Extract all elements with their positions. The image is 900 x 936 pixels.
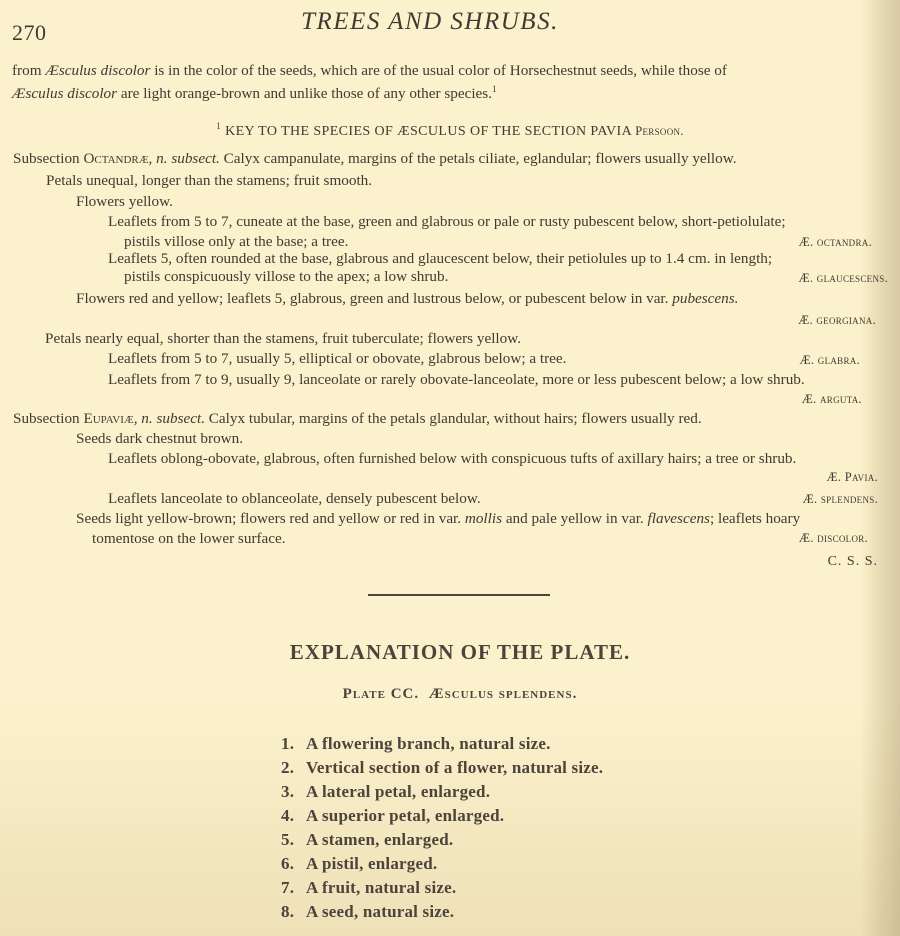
figure-item: 3.A lateral petal, enlarged. <box>281 782 490 802</box>
figure-number: 6. <box>281 854 306 874</box>
intro-text: is in the color of the seeds, which are … <box>150 62 727 79</box>
variety-name: mollis <box>465 510 502 527</box>
species-pavia: Æ. Pavia. <box>827 470 878 485</box>
key-line-splendens: Leaflets lanceolate to oblanceolate, den… <box>108 490 481 508</box>
subsection-name: Eupaviæ <box>83 410 133 427</box>
variety-name: pubescens. <box>672 290 738 307</box>
key-line-glabra: Leaflets from 5 to 7, usually 5, ellipti… <box>108 350 566 368</box>
species-name: Æsculus discolor <box>12 85 117 102</box>
figure-number: 2. <box>281 758 306 778</box>
key-text: Subsection <box>13 410 83 427</box>
species-glaucescens: Æ. glaucescens. <box>799 271 889 286</box>
key-line-glaucescens-1: Leaflets 5, often rounded at the base, g… <box>108 250 772 268</box>
figure-caption: A superior petal, enlarged. <box>306 806 504 825</box>
species-arguta: Æ. arguta. <box>802 392 862 407</box>
key-line-discolor-1: Seeds light yellow-brown; flowers red an… <box>76 510 800 528</box>
figure-item: 7.A fruit, natural size. <box>281 878 456 898</box>
key-line-subsection-octandrae: Subsection Octandræ, n. subsect. Calyx c… <box>13 150 737 168</box>
key-line-octandra-2: pistils villose only at the base; a tree… <box>124 233 348 251</box>
key-line-pavia-1: Leaflets oblong-obovate, glabrous, often… <box>108 450 796 468</box>
key-line-petals-unequal: Petals unequal, longer than the stamens;… <box>46 172 372 190</box>
figure-item: 8.A seed, natural size. <box>281 902 454 922</box>
intro-text: are light orange-brown and unlike those … <box>117 85 492 102</box>
figure-caption: A fruit, natural size. <box>306 878 456 897</box>
key-italic: , n. subsect. <box>134 410 205 427</box>
variety-name: flavescens <box>648 510 710 527</box>
key-title-text: KEY TO THE SPECIES OF ÆSCULUS OF THE SEC… <box>221 124 635 139</box>
figure-caption: A flowering branch, natural size. <box>306 734 551 753</box>
figure-number: 1. <box>281 734 306 754</box>
figure-caption: Vertical section of a flower, natural si… <box>306 758 603 777</box>
figure-caption: A stamen, enlarged. <box>306 830 453 849</box>
plate-title: Plate CC. Æsculus splendens. <box>0 686 900 703</box>
key-text: ; leaflets hoary <box>710 510 800 527</box>
explanation-title: EXPLANATION OF THE PLATE. <box>0 640 900 665</box>
key-italic: , n. subsect. <box>149 150 220 167</box>
key-line-subsection-eupaviae: Subsection Eupaviæ, n. subsect. Calyx tu… <box>13 410 702 428</box>
key-line-arguta-1: Leaflets from 7 to 9, usually 9, lanceol… <box>108 371 805 389</box>
intro-line-2: Æsculus discolor are light orange-brown … <box>12 84 497 103</box>
figure-item: 4.A superior petal, enlarged. <box>281 806 504 826</box>
figure-item: 1.A flowering branch, natural size. <box>281 734 551 754</box>
subsection-name: Octandræ <box>83 150 148 167</box>
figure-item: 5.A stamen, enlarged. <box>281 830 453 850</box>
plate-species: Æsculus splendens. <box>429 686 578 702</box>
key-line-discolor-2: tomentose on the lower surface. <box>92 530 286 548</box>
species-octandra: Æ. octandra. <box>799 235 872 250</box>
figure-number: 4. <box>281 806 306 826</box>
key-line-flowers-yellow: Flowers yellow. <box>76 193 173 211</box>
species-splendens: Æ. splendens. <box>803 492 878 507</box>
species-georgiana: Æ. georgiana. <box>798 313 876 328</box>
intro-text: from <box>12 62 45 79</box>
key-title: 1 KEY TO THE SPECIES OF ÆSCULUS OF THE S… <box>0 121 900 140</box>
key-line-seeds-dark: Seeds dark chestnut brown. <box>76 430 243 448</box>
key-line-petals-equal: Petals nearly equal, shorter than the st… <box>45 330 521 348</box>
book-page: 270 TREES AND SHRUBS. from Æsculus disco… <box>0 0 900 936</box>
species-glabra: Æ. glabra. <box>800 353 861 368</box>
figure-item: 2.Vertical section of a flower, natural … <box>281 758 603 778</box>
key-text: Seeds light yellow-brown; flowers red an… <box>76 510 465 527</box>
key-text: Calyx tubular, margins of the petals gla… <box>205 410 702 427</box>
key-text: and pale yellow in var. <box>502 510 648 527</box>
species-name: Æsculus discolor <box>45 62 150 79</box>
key-line-georgiana-1: Flowers red and yellow; leaflets 5, glab… <box>76 290 738 308</box>
key-line-octandra-1: Leaflets from 5 to 7, cuneate at the bas… <box>108 213 786 231</box>
plate-label: Plate CC. <box>343 686 419 702</box>
figure-caption: A lateral petal, enlarged. <box>306 782 490 801</box>
figure-number: 8. <box>281 902 306 922</box>
author-signature: C. S. S. <box>828 554 878 570</box>
running-title: TREES AND SHRUBS. <box>0 8 860 36</box>
footnote-mark: 1 <box>492 84 497 94</box>
figure-number: 7. <box>281 878 306 898</box>
figure-caption: A seed, natural size. <box>306 902 454 921</box>
key-text: Calyx campanulate, margins of the petals… <box>220 150 737 167</box>
key-title-author: Persoon. <box>635 124 683 138</box>
figure-number: 5. <box>281 830 306 850</box>
figure-caption: A pistil, enlarged. <box>306 854 437 873</box>
key-line-glaucescens-2: pistils conspicuously villose to the ape… <box>124 268 448 286</box>
section-divider <box>368 594 550 596</box>
key-text: Subsection <box>13 150 83 167</box>
species-discolor: Æ. discolor. <box>799 531 868 546</box>
key-text: Flowers red and yellow; leaflets 5, glab… <box>76 290 672 307</box>
figure-item: 6.A pistil, enlarged. <box>281 854 437 874</box>
figure-number: 3. <box>281 782 306 802</box>
intro-line-1: from Æsculus discolor is in the color of… <box>12 62 727 80</box>
